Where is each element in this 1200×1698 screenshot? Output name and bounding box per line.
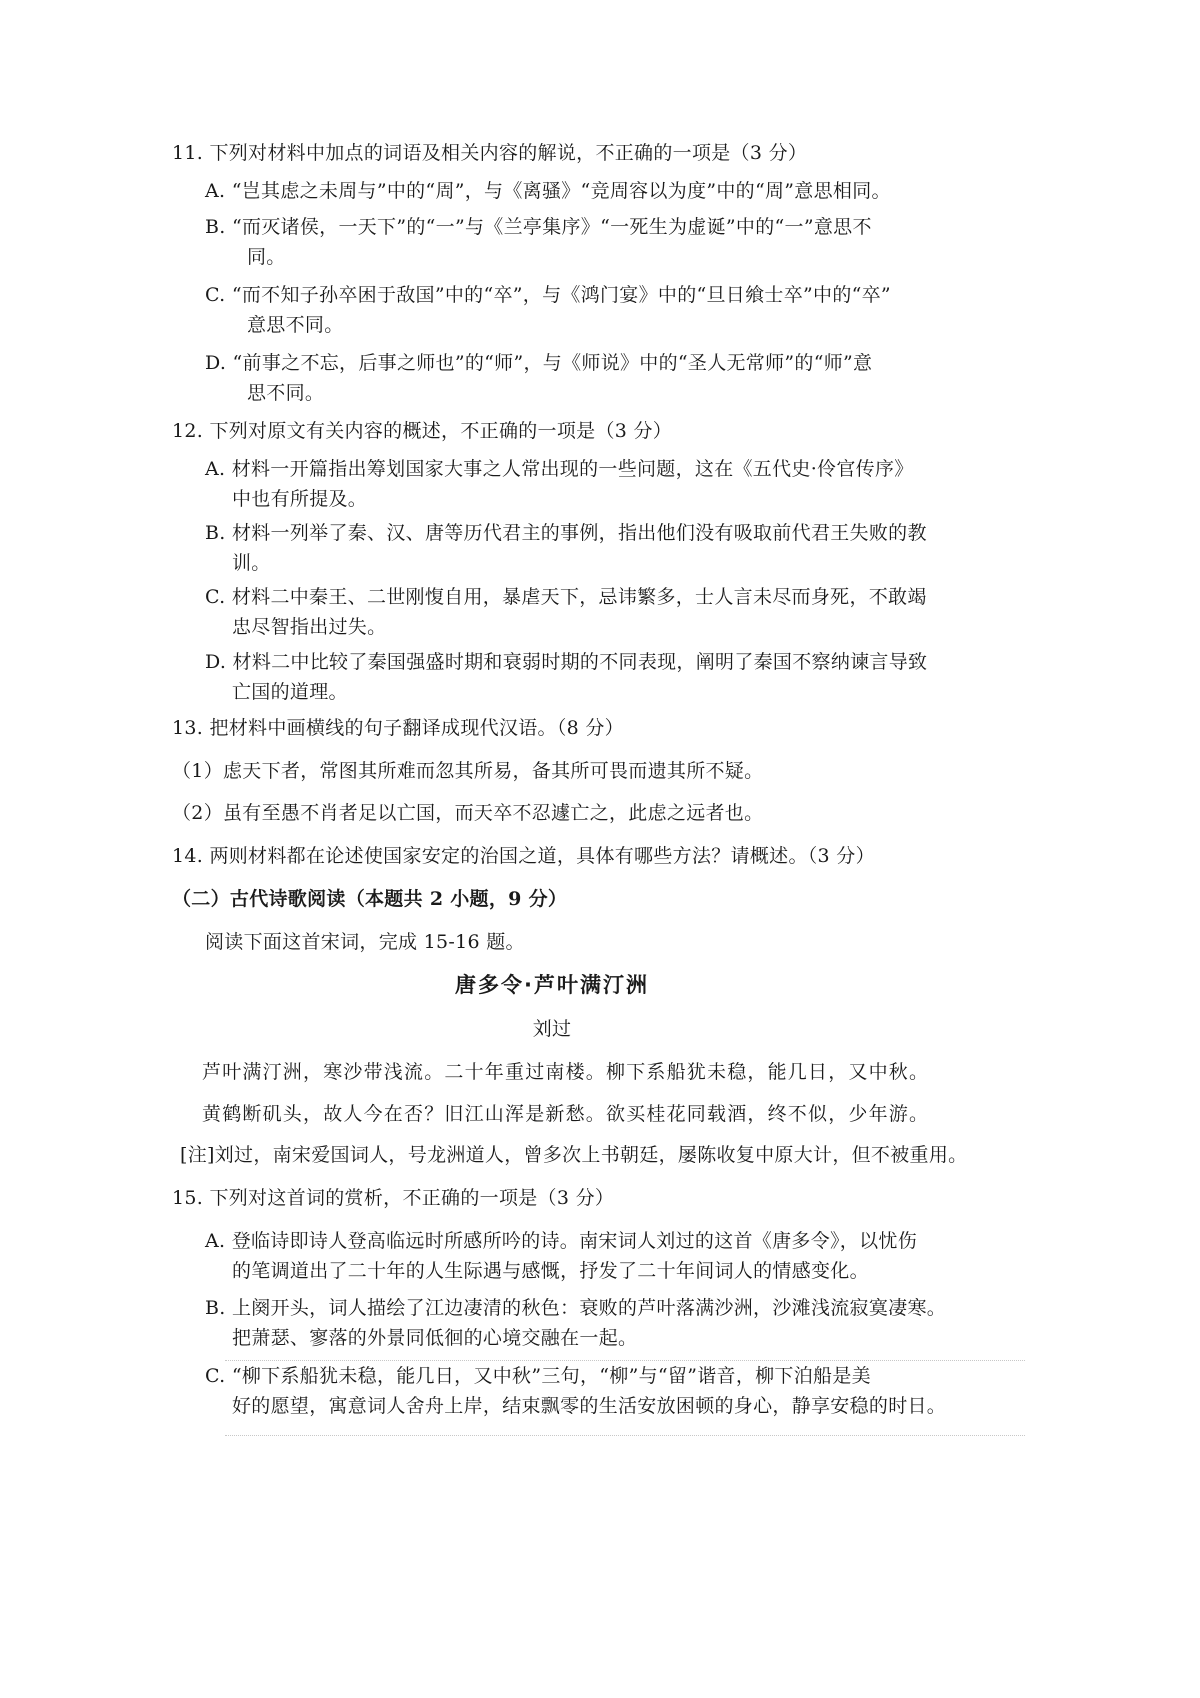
q15-option-a-cont: 的笔调道出了二十年的人生际遇与感慨，抒发了二十年间词人的情感变化。	[232, 1258, 869, 1284]
q11-option-d-cont: 思不同。	[247, 380, 324, 406]
q13-sentence-1: （1）虑天下者，常图其所难而忽其所易，备其所可畏而遗其所不疑。	[172, 758, 763, 784]
section-instruction: 阅读下面这首宋词，完成 15-16 题。	[205, 929, 525, 955]
q15-option-b: B. 上阕开头，词人描绘了江边凄清的秋色：衰败的芦叶落满沙洲，沙滩浅流寂寞凄寒。	[205, 1295, 946, 1321]
q11-option-d: D. “前事之不忘，后事之师也”的“师”，与《师说》中的“圣人无常师”的“师”意	[205, 350, 872, 376]
q11-option-a: A. “岂其虑之未周与”中的“周”，与《离骚》“竞周容以为度”中的“周”意思相同…	[205, 178, 891, 204]
q12-option-c-cont: 忠尽智指出过失。	[232, 614, 386, 640]
q15-option-c: C. “柳下系船犹未稳，能几日，又中秋”三句，“柳”与“留”谐音，柳下泊船是美	[205, 1363, 871, 1389]
q12-option-d-cont: 亡国的道理。	[232, 679, 348, 705]
q12-option-d: D. 材料二中比较了秦国强盛时期和衰弱时期的不同表现，阐明了秦国不察纳谏言导致	[205, 649, 927, 675]
section-heading: （二）古代诗歌阅读（本题共 2 小题，9 分）	[172, 886, 567, 912]
q15-option-b-cont: 把萧瑟、寥落的外景同低徊的心境交融在一起。	[232, 1325, 637, 1351]
q11-stem: 11. 下列对材料中加点的词语及相关内容的解说，不正确的一项是（3 分）	[172, 140, 807, 166]
q11-option-b: B. “而灭诸侯，一天下”的“一”与《兰亭集序》“一死生为虚诞”中的“一”意思不	[205, 214, 872, 240]
poem-stanza-2: 黄鹤断矶头，故人今在否？旧江山浑是新愁。欲买桂花同载酒，终不似，少年游。	[202, 1101, 929, 1127]
q11-option-b-cont: 同。	[247, 244, 286, 270]
q12-option-a: A. 材料一开篇指出筹划国家大事之人常出现的一些问题，这在《五代史·伶官传序》	[205, 456, 914, 482]
dotted-divider	[225, 1435, 1025, 1436]
q12-option-b-cont: 训。	[232, 550, 271, 576]
dotted-divider	[225, 1360, 1025, 1361]
q12-option-a-cont: 中也有所提及。	[232, 486, 367, 512]
poem-author: 刘过	[372, 1016, 732, 1042]
q15-option-c-cont: 好的愿望，寓意词人舍舟上岸，结束飘零的生活安放困顿的身心，静享安稳的时日。	[232, 1393, 946, 1419]
poem-note: [注]刘过，南宋爱国词人，号龙洲道人，曾多次上书朝廷，屡陈收复中原大计，但不被重…	[180, 1142, 967, 1168]
q15-option-a: A. 登临诗即诗人登高临远时所感所吟的诗。南宋词人刘过的这首《唐多令》，以忧伤	[205, 1228, 917, 1254]
poem-stanza-1: 芦叶满汀洲，寒沙带浅流。二十年重过南楼。柳下系船犹未稳，能几日，又中秋。	[202, 1059, 929, 1085]
q13-stem: 13. 把材料中画横线的句子翻译成现代汉语。（8 分）	[172, 715, 624, 741]
q11-option-c: C. “而不知子孙卒困于敌国”中的“卒”，与《鸿门宴》中的“旦日飨士卒”中的“卒…	[205, 282, 891, 308]
q12-option-b: B. 材料一列举了秦、汉、唐等历代君主的事例，指出他们没有吸取前代君王失败的教	[205, 520, 927, 546]
poem-title: 唐多令·芦叶满汀洲	[372, 972, 732, 998]
q14-stem: 14. 两则材料都在论述使国家安定的治国之道，具体有哪些方法？请概述。（3 分）	[172, 843, 875, 869]
q11-option-c-cont: 意思不同。	[247, 312, 344, 338]
q15-stem: 15. 下列对这首词的赏析，不正确的一项是（3 分）	[172, 1185, 614, 1211]
q12-stem: 12. 下列对原文有关内容的概述，不正确的一项是（3 分）	[172, 418, 672, 444]
q12-option-c: C. 材料二中秦王、二世刚愎自用，暴虐天下，忌讳繁多，士人言未尽而身死，不敢竭	[205, 584, 927, 610]
q13-sentence-2: （2）虽有至愚不肖者足以亡国，而天卒不忍遽亡之，此虑之远者也。	[172, 800, 763, 826]
